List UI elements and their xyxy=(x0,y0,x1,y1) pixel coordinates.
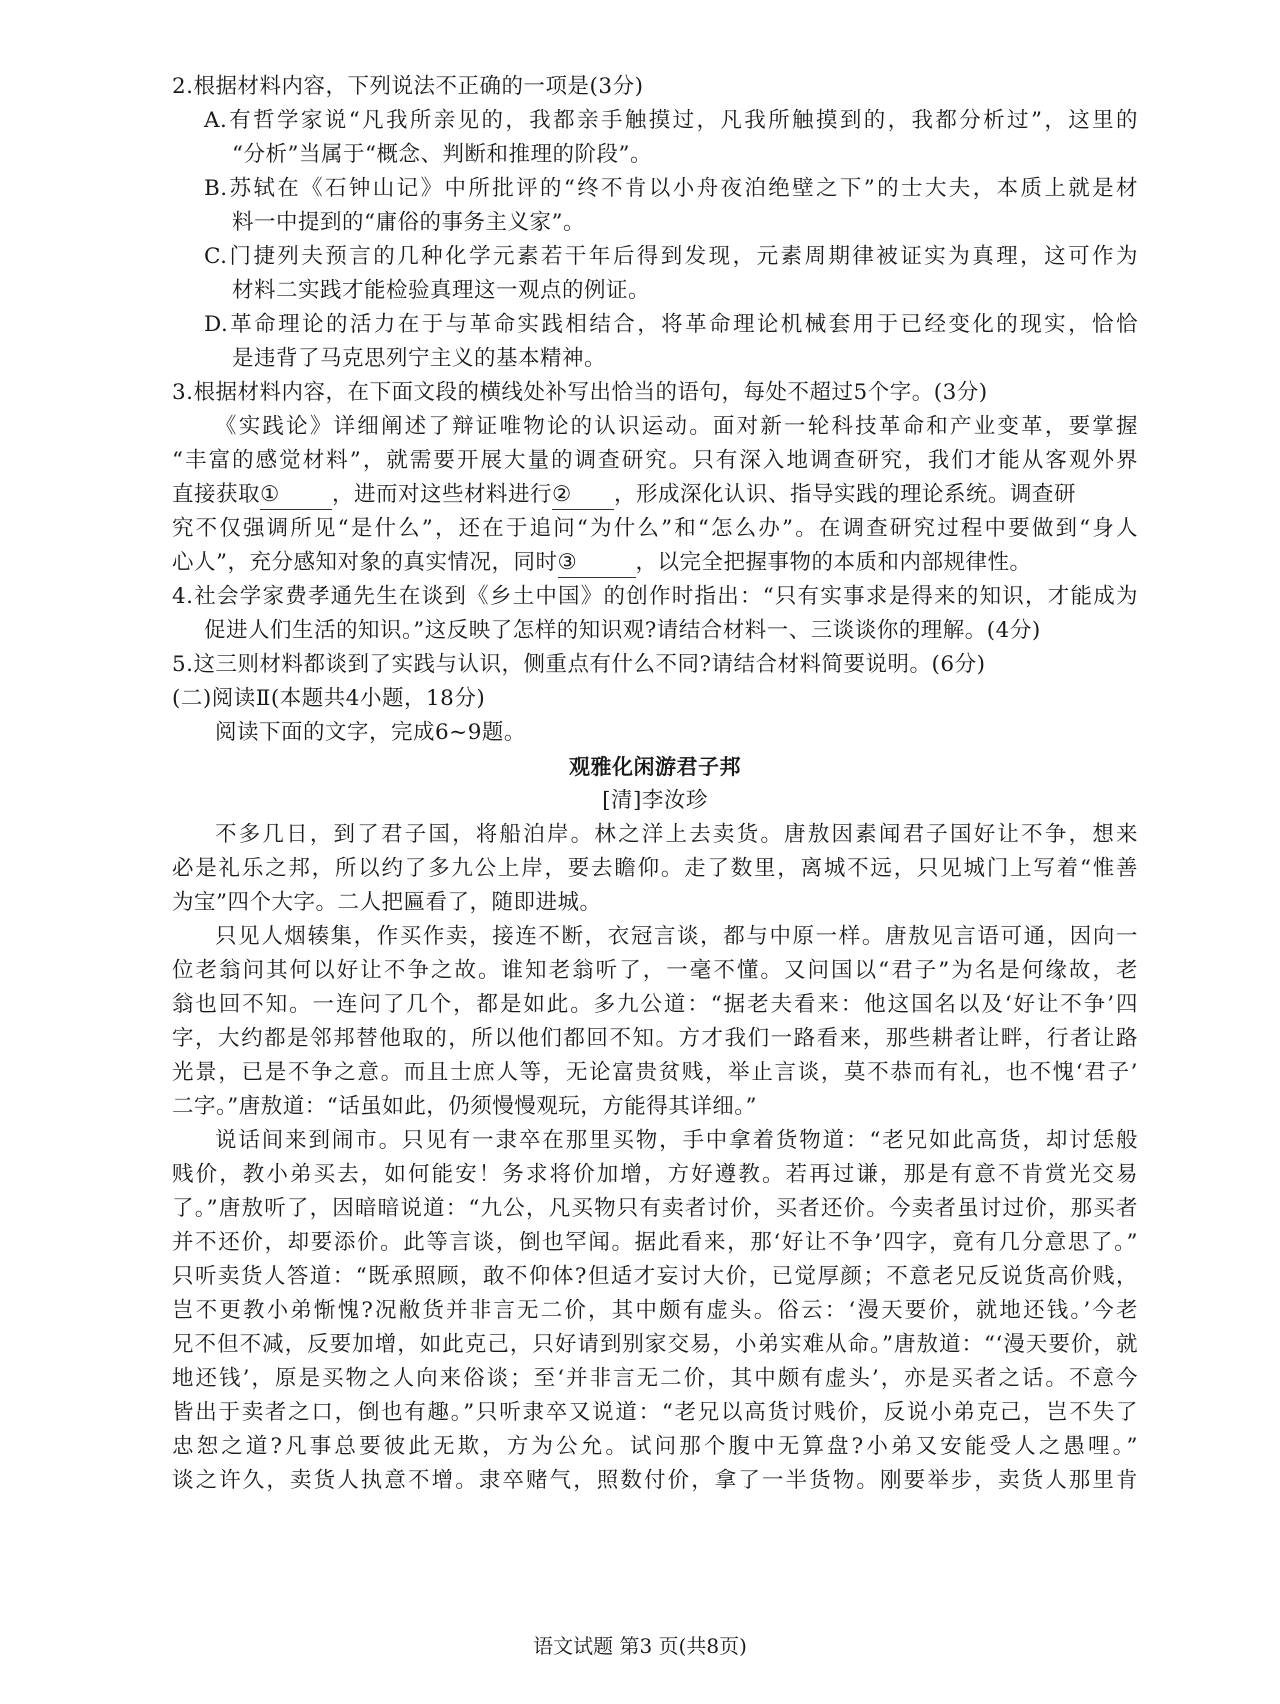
passage-line: 兄不但不减，反要加增，如此克己，只好请到别家交易，小弟实难从命。”唐敖道：“‘漫… xyxy=(172,1328,1138,1362)
passage-line: 地还钱’，原是买物之人向来俗谈；至‘并非言无二价，其中颇有虚头’，亦是买者之话。… xyxy=(172,1362,1138,1396)
passage-line: 谈之许久，卖货人执意不增。隶卒赌气，照数付价，拿了一半货物。刚要举步，卖货人那里… xyxy=(172,1464,1138,1498)
passage-line: 翁也回不知。一连问了几个，都是如此。多九公道：“据老夫看来：他这国名以及‘好让不… xyxy=(172,988,1138,1022)
fill-blank-2[interactable]: ② xyxy=(552,481,614,510)
option-c-line1: C.门捷列夫预言的几种化学元素若干年后得到发现，元素周期律被证实为真理，这可作为 xyxy=(172,240,1138,274)
passage-line: 光景，已是不争之意。而且士庶人等，无论富贵贫贱，举止言谈，莫不恭而有礼，也不愧‘… xyxy=(172,1056,1138,1090)
section-2-instruction: 阅读下面的文字，完成6~9题。 xyxy=(172,716,1138,750)
passage-line: 为宝”四个大字。二人把匾看了，随即进城。 xyxy=(172,886,1138,920)
option-d-line1: D.革命理论的活力在于与革命实践相结合，将革命理论机械套用于已经变化的现实，恰恰 xyxy=(172,308,1138,342)
option-a-line1: A.有哲学家说“凡我所亲见的，我都亲手触摸过，凡我所触摸到的，我都分析过”，这里… xyxy=(172,104,1138,138)
option-c-line2: 材料二实践才能检验真理这一观点的例证。 xyxy=(172,274,1138,308)
passage-line: 了。”唐敖听了，因暗暗说道：“九公，凡买物只有卖者讨价，买者还价。今卖者虽讨过价… xyxy=(172,1192,1138,1226)
text-segment: ，进而对这些材料进行 xyxy=(332,482,552,507)
passage-line: 位老翁问其何以好让不争之故。谁知老翁听了，一毫不懂。又问国以“君子”为名是何缘故… xyxy=(172,954,1138,988)
fill-blank-3[interactable]: ③ xyxy=(558,549,636,578)
text-segment: 直接获取 xyxy=(172,482,260,507)
section-2-heading: (二)阅读Ⅱ(本题共4小题，18分) xyxy=(172,682,1138,716)
passage-line: 不多几日，到了君子国，将船泊岸。林之洋上去卖货。唐敖因素闻君子国好让不争，想来 xyxy=(172,818,1138,852)
fill-blank-1[interactable]: ① xyxy=(260,481,332,510)
passage-line: 忠恕之道?凡事总要彼此无欺，方为公允。试问那个腹中无算盘?小弟又安能受人之愚哩。… xyxy=(172,1430,1138,1464)
exam-page: 2.根据材料内容，下列说法不正确的一项是(3分) A.有哲学家说“凡我所亲见的，… xyxy=(172,70,1138,1498)
question-3-stem: 3.根据材料内容，在下面文段的横线处补写出恰当的语句，每处不超过5个字。(3分) xyxy=(172,376,1138,410)
question-3-passage-line2: “丰富的感觉材料”，就需要开展大量的调查研究。只有深入地调查研究，我们才能从客观… xyxy=(172,444,1138,478)
question-3-passage-line3: 直接获取①，进而对这些材料进行②，形成深化认识、指导实践的理论系统。调查研 xyxy=(172,478,1138,512)
passage-author: [清]李汝珍 xyxy=(172,784,1138,818)
passage-line: 岂不更教小弟惭愧?况敝货并非言无二价，其中颇有虚头。俗云：‘漫天要价，就地还钱。… xyxy=(172,1294,1138,1328)
passage-line: 二字。”唐敖道：“话虽如此，仍须慢慢观玩，方能得其详细。” xyxy=(172,1090,1138,1124)
text-segment: ，以完全把握事物的本质和内部规律性。 xyxy=(636,550,1032,575)
option-d-line2: 是违背了马克思列宁主义的基本精神。 xyxy=(172,342,1138,376)
question-3-passage-line4: 究不仅强调所见“是什么”，还在于追问“为什么”和“怎么办”。在调查研究过程中要做… xyxy=(172,512,1138,546)
question-2-stem: 2.根据材料内容，下列说法不正确的一项是(3分) xyxy=(172,70,1138,104)
passage-line: 并不还价，却要添价。此等言谈，倒也罕闻。据此看来，那‘好让不争’四字，竟有几分意… xyxy=(172,1226,1138,1260)
question-4-line1: 4.社会学家费孝通先生在谈到《乡土中国》的创作时指出：“只有实事求是得来的知识，… xyxy=(172,580,1138,614)
text-segment: 心人”，充分感知对象的真实情况，同时 xyxy=(172,550,558,575)
passage-line: 说话间来到闹市。只见有一隶卒在那里买物，手中拿着货物道：“老兄如此高货，却讨恁般 xyxy=(172,1124,1138,1158)
passage-line: 贱价，教小弟买去，如何能安！务求将价加增，方好遵教。若再过谦，那是有意不肯赏光交… xyxy=(172,1158,1138,1192)
question-3-passage-line1: 《实践论》详细阐述了辩证唯物论的认识运动。面对新一轮科技革命和产业变革，要掌握 xyxy=(172,410,1138,444)
text-segment: ，形成深化认识、指导实践的理论系统。调查研 xyxy=(614,482,1076,507)
passage-line: 字，大约都是邻邦替他取的，所以他们都回不知。方才我们一路看来，那些耕者让畔，行者… xyxy=(172,1022,1138,1056)
question-5: 5.这三则材料都谈到了实践与认识，侧重点有什么不同?请结合材料简要说明。(6分) xyxy=(172,648,1138,682)
passage-line: 只听卖货人答道：“既承照顾，敢不仰体?但适才妄讨大价，已觉厚颜；不意老兄反说货高… xyxy=(172,1260,1138,1294)
page-footer: 语文试题 第3 页(共8页) xyxy=(0,1630,1280,1659)
option-b-line1: B.苏轼在《石钟山记》中所批评的“终不肯以小舟夜泊绝壁之下”的士大夫，本质上就是… xyxy=(172,172,1138,206)
passage-title: 观雅化闲游君子邦 xyxy=(172,750,1138,784)
question-4-line2: 促进人们生活的知识。”这反映了怎样的知识观?请结合材料一、三谈谈你的理解。(4分… xyxy=(172,614,1138,648)
passage-line: 皆出于卖者之口，倒也有趣。”只听隶卒又说道：“老兄以高货讨贱价，反说小弟克己，岂… xyxy=(172,1396,1138,1430)
option-a-line2: “分析”当属于“概念、判断和推理的阶段”。 xyxy=(172,138,1138,172)
passage-line: 必是礼乐之邦，所以约了多九公上岸，要去瞻仰。走了数里，离城不远，只见城门上写着“… xyxy=(172,852,1138,886)
passage-line: 只见人烟辏集，作买作卖，接连不断，衣冠言谈，都与中原一样。唐敖见言语可通，因向一 xyxy=(172,920,1138,954)
option-b-line2: 料一中提到的“庸俗的事务主义家”。 xyxy=(172,206,1138,240)
question-3-passage-line5: 心人”，充分感知对象的真实情况，同时③，以完全把握事物的本质和内部规律性。 xyxy=(172,546,1138,580)
